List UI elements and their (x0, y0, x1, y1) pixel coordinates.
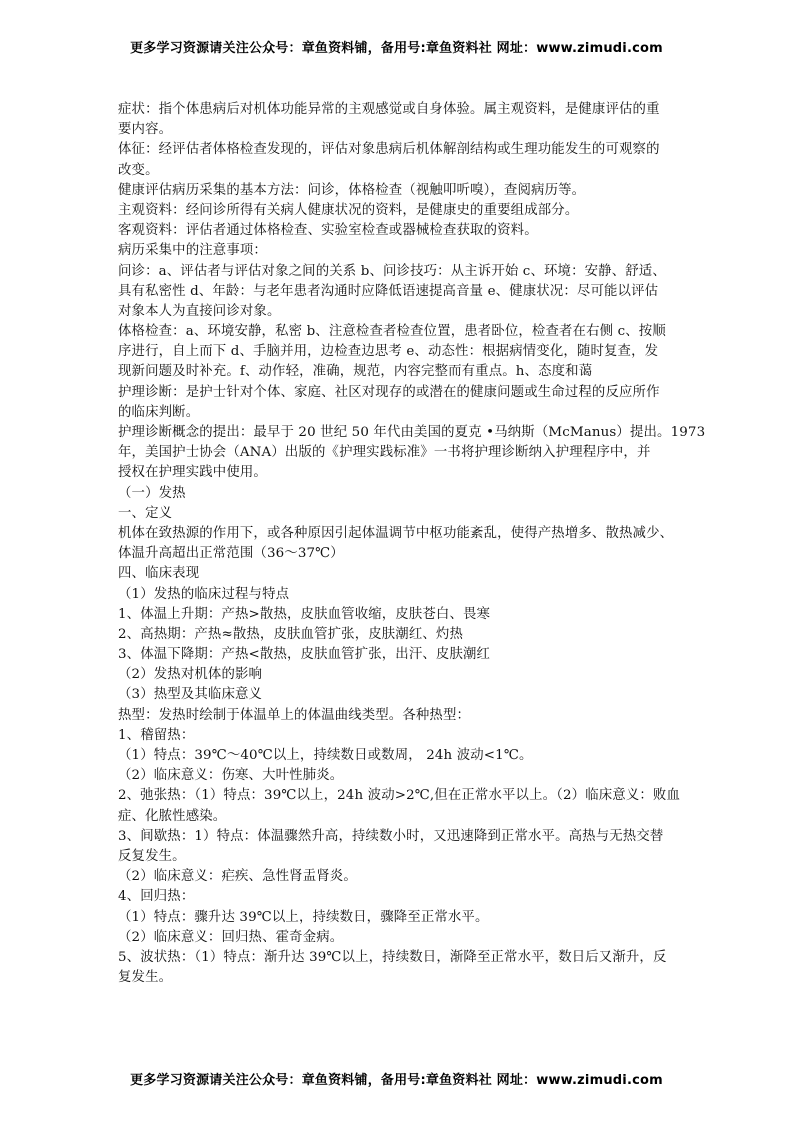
text-line: 健康评估病历采集的基本方法：问诊，体格检查（视触叩听嗅），查阅病历等。 (118, 181, 678, 201)
text-line: （2）临床意义：疟疾、急性肾盂肾炎。 (118, 867, 678, 887)
text-line: 授权在护理实践中使用。 (118, 463, 678, 483)
text-line: 复发生。 (118, 968, 678, 988)
text-line: 体温升高超出正常范围（36～37℃） (118, 544, 678, 564)
text-line: 的临床判断。 (118, 403, 678, 423)
text-line: 客观资料：评估者通过体格检查、实验室检查或器械检查获取的资料。 (118, 221, 678, 241)
text-line: 4、回归热： (118, 887, 678, 907)
text-line: 改变。 (118, 161, 678, 181)
text-line: 具有私密性 d、年龄：与老年患者沟通时应降低语速提高音量 e、健康状况：尽可能以… (118, 282, 678, 302)
text-line: 护理诊断概念的提出：最早于 20 世纪 50 年代由美国的夏克 •马纳斯（McM… (118, 423, 678, 443)
subsection-heading: （1）发热的临床过程与特点 (118, 585, 678, 605)
text-line: 2、高热期：产热≈散热，皮肤血管扩张，皮肤潮红、灼热 (118, 625, 678, 645)
text-line: 序进行，自上而下 d、手脑并用，边检查边思考 e、动态性：根据病情变化，随时复查… (118, 342, 678, 362)
text-line: 病历采集中的注意事项： (118, 241, 678, 261)
text-line: （1）特点：骤升达 39℃以上，持续数日，骤降至正常水平。 (118, 908, 678, 928)
text-line: 反复发生。 (118, 847, 678, 867)
text-line: 3、间歇热：1）特点：体温骤然升高，持续数小时，又迅速降到正常水平。高热与无热交… (118, 827, 678, 847)
section-heading: 四、临床表现 (118, 564, 678, 584)
text-line: 症、化脓性感染。 (118, 807, 678, 827)
text-line: 体格检查：a、环境安静，私密 b、注意检查者检查位置，患者卧位，检查者在右侧 c… (118, 322, 678, 342)
text-line: 5、波状热：（1）特点：渐升达 39℃以上，持续数日，渐降至正常水平，数日后又渐… (118, 948, 678, 968)
text-line: 护理诊断：是护士针对个体、家庭、社区对现存的或潜在的健康问题或生命过程的反应所作 (118, 383, 678, 403)
text-line: 体征：经评估者体格检查发现的，评估对象患病后机体解剖结构或生理功能发生的可观察的 (118, 140, 678, 160)
text-line: 3、体温下降期：产热<散热，皮肤血管扩张，出汗、皮肤潮红 (118, 645, 678, 665)
text-line: 问诊：a、评估者与评估对象之间的关系 b、问诊技巧：从主诉开始 c、环境：安静、… (118, 262, 678, 282)
section-heading: 一、定义 (118, 504, 678, 524)
text-line: （1）特点：39℃～40℃以上，持续数日或数周， 24h 波动<1℃。 (118, 746, 678, 766)
section-heading: （一）发热 (118, 484, 678, 504)
text-line: 1、稽留热： (118, 726, 678, 746)
text-line: （2）临床意义：伤寒、大叶性肺炎。 (118, 766, 678, 786)
text-line: 2、弛张热：（1）特点：39℃以上，24h 波动>2℃,但在正常水平以上。（2）… (118, 786, 678, 806)
subsection-heading: （3）热型及其临床意义 (118, 685, 678, 705)
subsection-heading: （2）发热对机体的影响 (118, 665, 678, 685)
text-line: 1、体温上升期：产热>散热，皮肤血管收缩，皮肤苍白、畏寒 (118, 605, 678, 625)
document-body: 症状：指个体患病后对机体功能异常的主观感觉或自身体验。属主观资料，是健康评估的重… (118, 100, 678, 988)
header-banner: 更多学习资源请关注公众号：章鱼资料铺，备用号:章鱼资料社 网址：www.zimu… (0, 37, 793, 56)
text-line: 症状：指个体患病后对机体功能异常的主观感觉或自身体验。属主观资料，是健康评估的重 (118, 100, 678, 120)
text-line: 要内容。 (118, 120, 678, 140)
text-line: 年，美国护士协会（ANA）出版的《护理实践标准》一书将护理诊断纳入护理程序中，并 (118, 443, 678, 463)
text-line: （2）临床意义：回归热、霍奇金病。 (118, 928, 678, 948)
text-line: 机体在致热源的作用下，或各种原因引起体温调节中枢功能紊乱，使得产热增多、散热减少… (118, 524, 678, 544)
text-line: 现新问题及时补充。f、动作轻，准确，规范，内容完整而有重点。h、态度和蔼 (118, 362, 678, 382)
text-line: 热型：发热时绘制于体温单上的体温曲线类型。各种热型： (118, 706, 678, 726)
text-line: 对象本人为直接问诊对象。 (118, 302, 678, 322)
footer-banner: 更多学习资源请关注公众号：章鱼资料铺，备用号:章鱼资料社 网址：www.zimu… (0, 1069, 793, 1088)
text-line: 主观资料：经问诊所得有关病人健康状况的资料，是健康史的重要组成部分。 (118, 201, 678, 221)
